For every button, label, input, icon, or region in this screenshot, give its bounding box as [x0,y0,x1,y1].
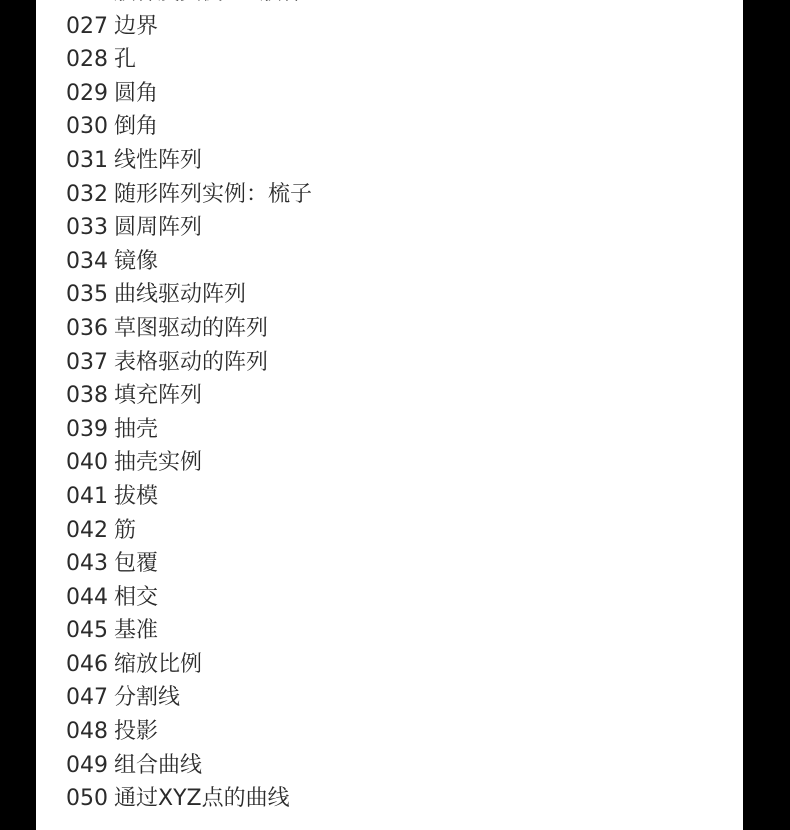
document-page: 026放样及实例4：放样 027边界 028孔 029圆角 030倒角 031线… [36,0,743,830]
item-title: 随形阵列实例：梳子 [114,182,312,207]
item-title: 曲线驱动阵列 [114,282,246,307]
list-item: 028孔 [66,43,312,77]
item-title: 镜像 [114,249,158,274]
item-title: 筋 [114,518,136,543]
item-title: 包覆 [114,551,158,576]
list-item: 039抽壳 [66,413,312,447]
item-title: 抽壳 [114,417,158,442]
list-item: 044相交 [66,581,312,615]
item-number: 038 [66,379,108,413]
item-number: 039 [66,413,108,447]
item-number: 050 [66,782,108,816]
item-title: 圆角 [114,81,158,106]
list-item: 030倒角 [66,110,312,144]
list-item: 047分割线 [66,681,312,715]
list-item: 049组合曲线 [66,749,312,783]
item-title: 线性阵列 [114,148,202,173]
item-number: 026 [66,0,108,10]
list-item: 031线性阵列 [66,144,312,178]
item-number: 031 [66,144,108,178]
list-item: 045基准 [66,614,312,648]
item-title: 圆周阵列 [114,215,202,240]
item-title: 草图驱动的阵列 [114,316,268,341]
item-number: 044 [66,581,108,615]
item-number: 042 [66,514,108,548]
list-item: 034镜像 [66,245,312,279]
list-item: 033圆周阵列 [66,211,312,245]
item-title: 表格驱动的阵列 [114,350,268,375]
list-item: 036草图驱动的阵列 [66,312,312,346]
list-item: 032随形阵列实例：梳子 [66,178,312,212]
item-number: 027 [66,10,108,44]
item-number: 040 [66,446,108,480]
list-item: 029圆角 [66,77,312,111]
item-title: 投影 [114,719,158,744]
item-title: 孔 [114,47,136,72]
item-title: 边界 [114,14,158,39]
item-title: 分割线 [114,685,180,710]
item-number: 037 [66,346,108,380]
list-item: 043包覆 [66,547,312,581]
list-item: 027边界 [66,10,312,44]
item-title: 抽壳实例 [114,450,202,475]
item-title: 拔模 [114,484,158,509]
list-item: 042筋 [66,514,312,548]
list-item: 038填充阵列 [66,379,312,413]
item-number: 034 [66,245,108,279]
list-item: 037表格驱动的阵列 [66,346,312,380]
item-number: 036 [66,312,108,346]
list-item: 050通过XYZ点的曲线 [66,782,312,816]
item-number: 049 [66,749,108,783]
item-title: 基准 [114,618,158,643]
item-title: 通过XYZ点的曲线 [114,786,290,811]
list-item: 041拔模 [66,480,312,514]
item-title: 组合曲线 [114,753,202,778]
item-number: 045 [66,614,108,648]
item-number: 047 [66,681,108,715]
item-number: 041 [66,480,108,514]
item-number: 046 [66,648,108,682]
list-item: 026放样及实例4：放样 [66,0,312,10]
item-number: 033 [66,211,108,245]
item-number: 028 [66,43,108,77]
item-title: 缩放比例 [114,652,202,677]
item-number: 030 [66,110,108,144]
list-item: 040抽壳实例 [66,446,312,480]
item-title: 倒角 [114,114,158,139]
list-item: 046缩放比例 [66,648,312,682]
item-title: 填充阵列 [114,383,202,408]
list-item: 035曲线驱动阵列 [66,278,312,312]
item-number: 032 [66,178,108,212]
item-number: 048 [66,715,108,749]
item-number: 043 [66,547,108,581]
item-number: 029 [66,77,108,111]
item-title: 放样及实例4：放样 [114,0,304,5]
chapter-list: 026放样及实例4：放样 027边界 028孔 029圆角 030倒角 031线… [66,0,312,816]
list-item: 048投影 [66,715,312,749]
item-title: 相交 [114,585,158,610]
item-number: 035 [66,278,108,312]
